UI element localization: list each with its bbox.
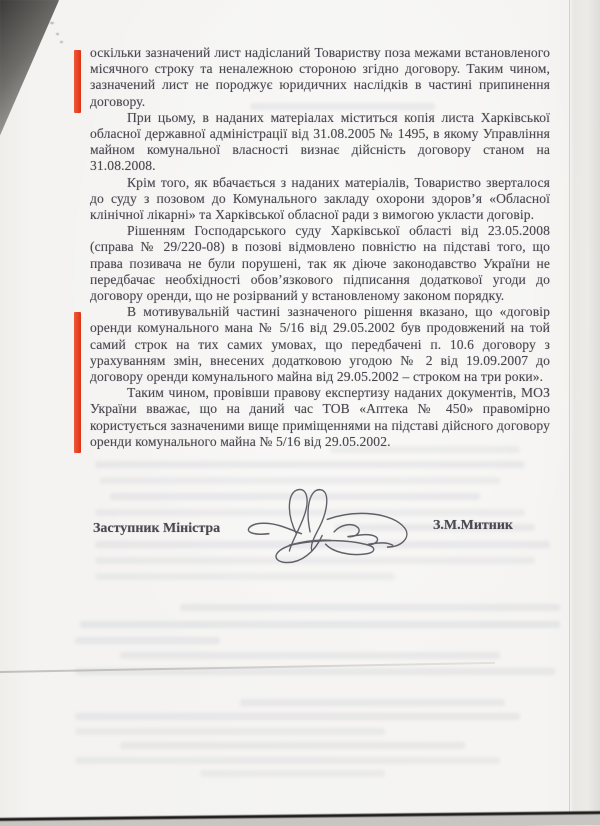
bleed-through-line [75,713,520,720]
paragraph: Крім того, як вбачається з наданих матер… [90,175,550,224]
paper-scratch [50,22,54,24]
paragraph: оскільки зазначений лист надісланий Това… [90,45,550,110]
signer-title: Заступник Міністра [93,521,220,537]
scanner-background-corner [0,0,60,140]
paragraph: При цьому, в наданих матеріалах міститьс… [90,110,550,175]
bleed-through-line [240,699,505,706]
document-body-text: оскільки зазначений лист надісланий Това… [90,45,550,450]
page-right-fold-shadow [569,0,600,826]
paragraph: Таким чином, провівши правову експертизу… [90,385,550,450]
paragraph: Рішенням Господарського суду Харківської… [90,223,550,304]
bleed-through-line [200,770,385,777]
signer-name: З.М.Митник [433,518,513,534]
bleed-through-line [180,604,560,611]
bleed-through-line [75,757,500,764]
bleed-through-line [80,621,560,628]
scanned-document-page: оскільки зазначений лист надісланий Това… [0,0,600,826]
red-highlight-mark-1 [74,50,81,113]
bleed-through-line [75,728,385,735]
bleed-through-line [120,652,500,659]
bleed-through-line [120,742,465,749]
paper-scratch [60,41,63,43]
handwritten-signature [243,484,415,570]
bleed-through-line [95,573,395,580]
bleed-through-line [95,461,525,468]
paper-scratch [56,33,59,35]
red-highlight-mark-2 [74,312,81,453]
paragraph: В мотивувальній частині зазначеного ріше… [90,304,550,385]
bleed-through-line [100,477,500,484]
bleed-through-line [75,637,220,644]
